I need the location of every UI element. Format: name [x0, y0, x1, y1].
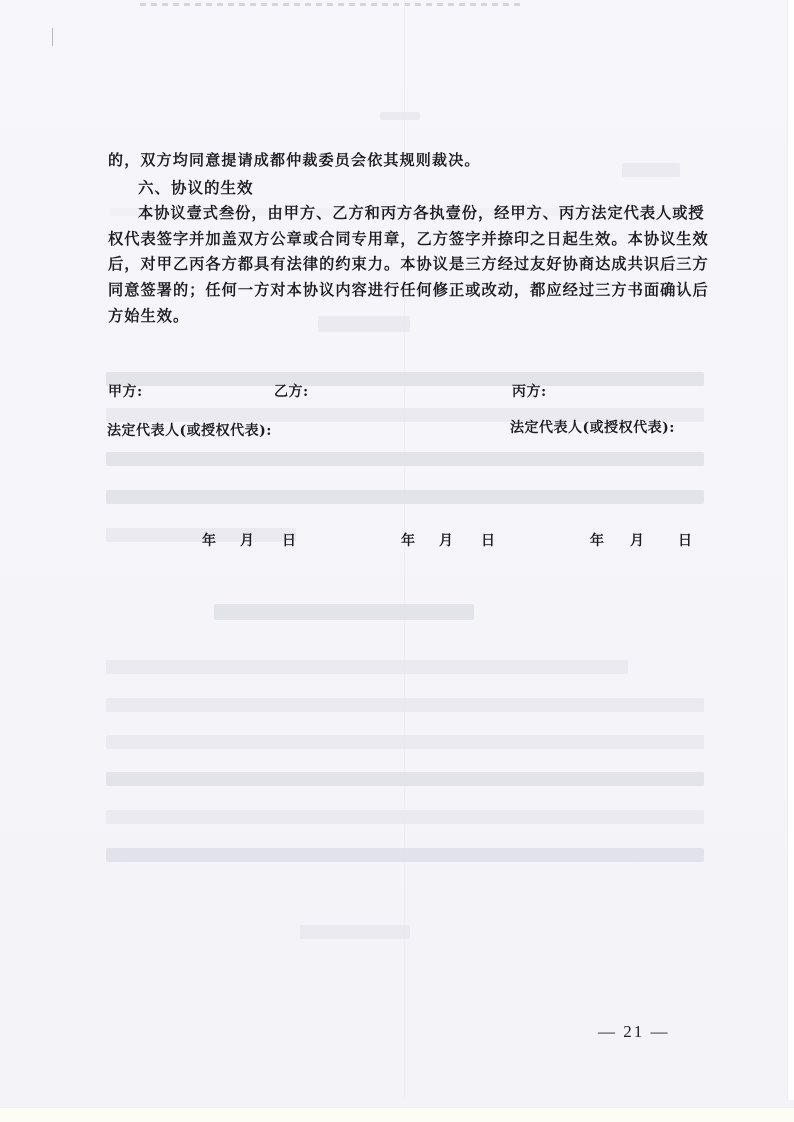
date-day: 日	[481, 534, 495, 548]
scanned-document-page: 的，双方均同意提请成都仲裁委员会依其规则裁决。 六、协议的生效 本协议壹式叁份，…	[0, 0, 794, 1122]
date-year: 年	[590, 534, 630, 548]
party-a-date: 年 月 日	[202, 534, 296, 548]
party-c-date: 年 月 日	[590, 534, 692, 548]
page-bottom-edge	[0, 1107, 794, 1122]
party-b-label: 乙方:	[274, 385, 309, 399]
paragraph-line: 后，对甲乙丙各方都具有法律的约束力。本协议是三方经过友好协商达成共识后三方	[108, 257, 709, 272]
page-number-dash-left: —	[598, 1022, 617, 1041]
date-month: 月	[439, 534, 481, 548]
page-number: — 21 —	[598, 1022, 670, 1042]
paragraph-line: 方始生效。	[108, 309, 189, 324]
date-year: 年	[401, 534, 439, 548]
date-day: 日	[282, 534, 296, 548]
section-heading: 六、协议的生效	[138, 180, 254, 196]
page-number-dash-right: —	[651, 1022, 670, 1041]
page-right-edge	[787, 0, 794, 1100]
party-c-representative-label: 法定代表人(或授权代表):	[510, 421, 675, 435]
party-a-representative-label: 法定代表人(或授权代表):	[107, 424, 272, 438]
date-month: 月	[240, 534, 282, 548]
date-year: 年	[202, 534, 240, 548]
party-c-label: 丙方:	[512, 385, 547, 399]
paragraph-line: 本协议壹式叁份，由甲方、乙方和丙方各执壹份，经甲方、丙方法定代表人或授	[138, 206, 705, 221]
paragraph-line: 同意签署的；任何一方对本协议内容进行任何修正或改动，都应经过三方书面确认后	[108, 283, 709, 298]
continuation-line: 的，双方均同意提请成都仲裁委员会依其规则裁决。	[108, 153, 481, 168]
party-a-label: 甲方:	[108, 385, 143, 399]
date-month: 月	[630, 534, 678, 548]
scan-artifact-mark	[52, 28, 53, 46]
date-day: 日	[678, 534, 692, 548]
scan-artifact-top	[140, 3, 520, 6]
party-b-date: 年 月 日	[401, 534, 495, 548]
page-number-value: 21	[623, 1022, 644, 1041]
paragraph-line: 权代表签字并加盖双方公章或合同专用章，乙方签字并捺印之日起生效。本协议生效	[108, 232, 709, 247]
